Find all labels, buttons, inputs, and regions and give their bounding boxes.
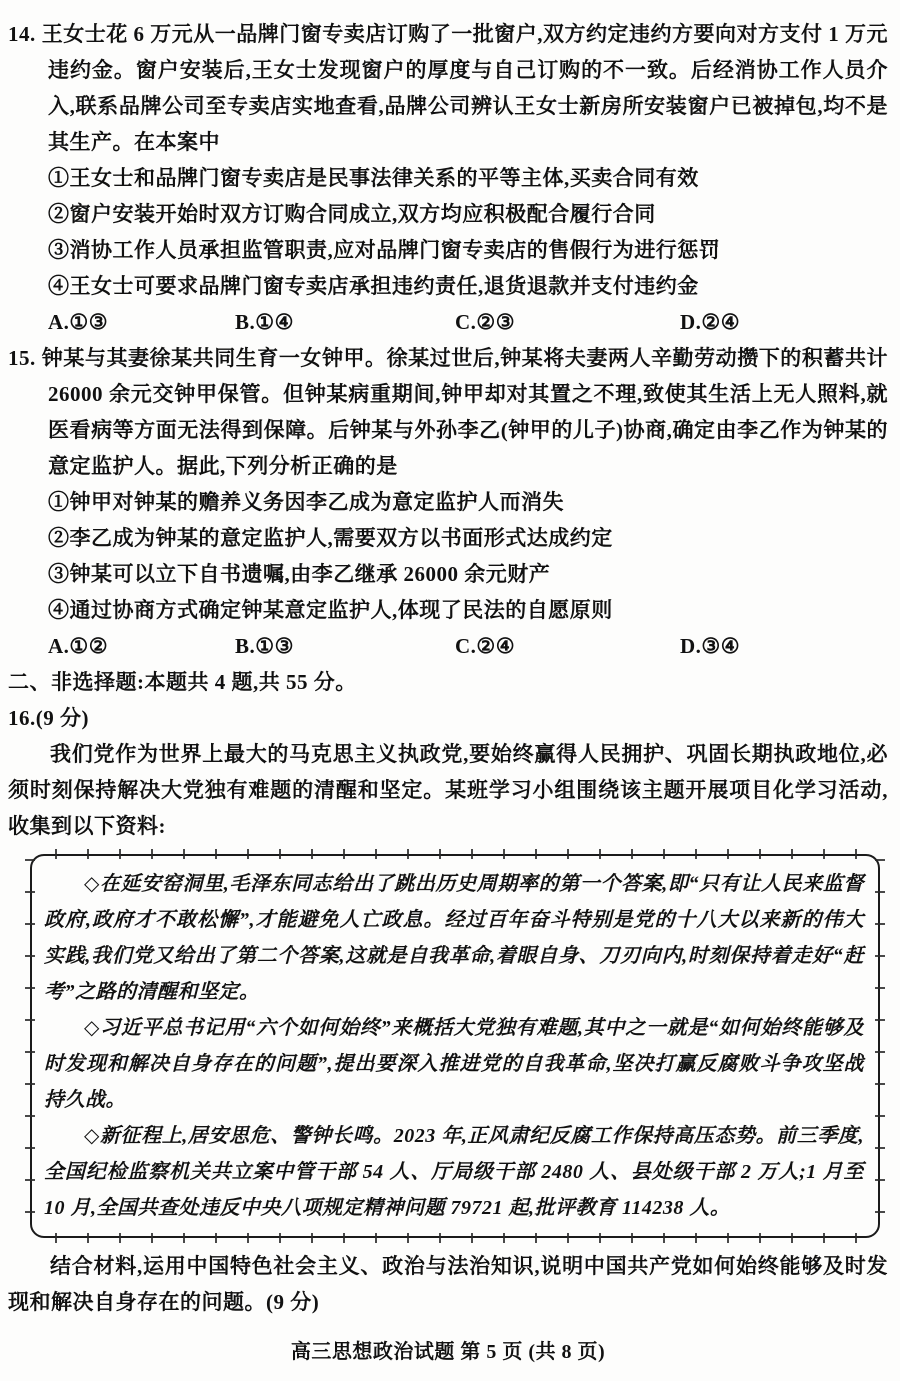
question-15-choice-b: B.①③ bbox=[235, 628, 455, 664]
section-2: 二、非选择题:本题共 4 题,共 55 分。 16.(9 分) 我们党作为世界上… bbox=[8, 664, 888, 1320]
material-paragraph-1: ◇在延安窑洞里,毛泽东同志给出了跳出历史周期率的第一个答案,即“只有让人民来监督… bbox=[44, 866, 864, 1010]
section-2-heading: 二、非选择题:本题共 4 题,共 55 分。 bbox=[8, 664, 888, 700]
question-14-option-4: ④王女士可要求品牌门窗专卖店承担违约责任,退货退款并支付违约金 bbox=[8, 268, 888, 304]
question-14-stem: 14.王女士花 6 万元从一品牌门窗专卖店订购了一批窗户,双方约定违约方要向对方… bbox=[8, 16, 888, 160]
question-14-option-1: ①王女士和品牌门窗专卖店是民事法律关系的平等主体,买卖合同有效 bbox=[8, 160, 888, 196]
page-footer: 高三思想政治试题 第 5 页 (共 8 页) bbox=[8, 1334, 888, 1370]
question-15-option-3: ③钟某可以立下自书遗嘱,由李乙继承 26000 余元财产 bbox=[8, 556, 888, 592]
question-14-choice-a: A.①③ bbox=[48, 304, 235, 340]
question-16-intro: 我们党作为世界上最大的马克思主义执政党,要始终赢得人民拥护、巩固长期执政地位,必… bbox=[8, 736, 888, 844]
question-15-number: 15. bbox=[8, 346, 36, 370]
question-15-choice-a: A.①② bbox=[48, 628, 235, 664]
question-14-stem-text: 王女士花 6 万元从一品牌门窗专卖店订购了一批窗户,双方约定违约方要向对方支付 … bbox=[42, 22, 888, 154]
exam-page: 14.王女士花 6 万元从一品牌门窗专卖店订购了一批窗户,双方约定违约方要向对方… bbox=[0, 0, 900, 1370]
question-14-choice-b: B.①④ bbox=[235, 304, 455, 340]
question-15-stem-text: 钟某与其妻徐某共同生育一女钟甲。徐某过世后,钟某将夫妻两人辛勤劳动攒下的积蓄共计… bbox=[42, 346, 888, 478]
question-15-choice-c: C.②④ bbox=[455, 628, 680, 664]
question-14-number: 14. bbox=[8, 22, 36, 46]
material-paragraph-2: ◇习近平总书记用“六个如何始终”来概括大党独有难题,其中之一就是“如何始终能够及… bbox=[44, 1010, 864, 1118]
question-14: 14.王女士花 6 万元从一品牌门窗专卖店订购了一批窗户,双方约定违约方要向对方… bbox=[8, 16, 888, 340]
question-14-option-3: ③消协工作人员承担监管职责,应对品牌门窗专卖店的售假行为进行惩罚 bbox=[8, 232, 888, 268]
question-15-option-2: ②李乙成为钟某的意定监护人,需要双方以书面形式达成约定 bbox=[8, 520, 888, 556]
question-14-choice-c: C.②③ bbox=[455, 304, 680, 340]
question-15-option-1: ①钟甲对钟某的赡养义务因李乙成为意定监护人而消失 bbox=[8, 484, 888, 520]
material-paragraph-3: ◇新征程上,居安思危、警钟长鸣。2023 年,正风肃纪反腐工作保持高压态势。前三… bbox=[44, 1118, 864, 1226]
question-14-choices: A.①③B.①④C.②③D.②④ bbox=[8, 304, 888, 340]
question-16-number: 16.(9 分) bbox=[8, 700, 888, 736]
question-15: 15.钟某与其妻徐某共同生育一女钟甲。徐某过世后,钟某将夫妻两人辛勤劳动攒下的积… bbox=[8, 340, 888, 664]
question-15-choice-d: D.③④ bbox=[680, 628, 740, 664]
question-15-stem: 15.钟某与其妻徐某共同生育一女钟甲。徐某过世后,钟某将夫妻两人辛勤劳动攒下的积… bbox=[8, 340, 888, 484]
question-15-option-4: ④通过协商方式确定钟某意定监护人,体现了民法的自愿原则 bbox=[8, 592, 888, 628]
question-16-task: 结合材料,运用中国特色社会主义、政治与法治知识,说明中国共产党如何始终能够及时发… bbox=[8, 1248, 888, 1320]
question-14-option-2: ②窗户安装开始时双方订购合同成立,双方均应积极配合履行合同 bbox=[8, 196, 888, 232]
question-14-choice-d: D.②④ bbox=[680, 304, 740, 340]
question-16-material-box: ◇在延安窑洞里,毛泽东同志给出了跳出历史周期率的第一个答案,即“只有让人民来监督… bbox=[30, 854, 880, 1238]
question-15-choices: A.①②B.①③C.②④D.③④ bbox=[8, 628, 888, 664]
